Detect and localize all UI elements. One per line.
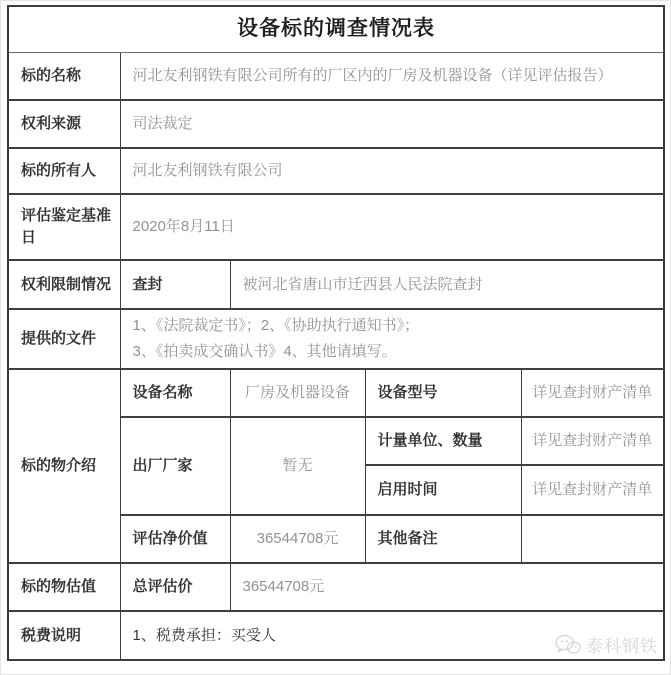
wechat-icon: [554, 634, 581, 655]
net-value-value: 36544708元: [230, 515, 365, 563]
unit-qty-label: 计量单位、数量: [365, 417, 521, 465]
right-source-value: 司法裁定: [120, 100, 664, 148]
other-notes-label: 其他备注: [365, 515, 521, 563]
subject-name-value: 河北友利钢铁有限公司所有的厂区内的厂房及机器设备（详见评估报告）: [120, 52, 664, 100]
base-date-value: 2020年8月11日: [120, 194, 664, 260]
start-time-label: 启用时间: [365, 465, 521, 515]
row-base-date: 评估鉴定基准日 2020年8月11日: [8, 194, 664, 260]
restriction-detail: 被河北省唐山市迁西县人民法院查封: [230, 260, 664, 309]
documents-value: 1、《法院裁定书》；2、《协助执行通知书》； 3、《拍卖成交确认书》4、其他请填…: [120, 309, 664, 369]
page-title: 设备标的调查情况表: [8, 6, 664, 52]
device-model-label: 设备型号: [365, 369, 521, 417]
restriction-label: 权利限制情况: [8, 260, 120, 309]
watermark: 泰科钢铁: [554, 632, 658, 657]
right-source-label: 权利来源: [8, 100, 120, 148]
subject-name-label: 标的名称: [8, 52, 120, 100]
base-date-label: 评估鉴定基准日: [8, 194, 120, 260]
restriction-status: 查封: [120, 260, 230, 309]
row-subject-name: 标的名称 河北友利钢铁有限公司所有的厂区内的厂房及机器设备（详见评估报告）: [8, 52, 664, 100]
device-name-value: 厂房及机器设备: [230, 369, 365, 417]
subject-intro-label: 标的物介绍: [8, 369, 120, 563]
row-restriction: 权利限制情况 查封 被河北省唐山市迁西县人民法院查封: [8, 260, 664, 309]
documents-line-1: 1、《法院裁定书》；2、《协助执行通知书》；: [133, 313, 652, 339]
valuation-total-value: 36544708元: [230, 563, 664, 611]
tax-note-label: 税费说明: [8, 611, 120, 660]
net-value-label: 评估净价值: [120, 515, 230, 563]
row-owner: 标的所有人 河北友利钢铁有限公司: [8, 148, 664, 194]
documents-line-2: 3、《拍卖成交确认书》4、其他请填写。: [133, 339, 652, 365]
unit-qty-value: 详见查封财产清单: [521, 417, 664, 465]
manufacturer-label: 出厂厂家: [120, 417, 230, 515]
row-device-name: 标的物介绍 设备名称 厂房及机器设备 设备型号 详见查封财产清单: [8, 369, 664, 417]
watermark-text: 泰科钢铁: [586, 632, 658, 657]
document-page: 设备标的调查情况表 标的名称 河北友利钢铁有限公司所有的厂区内的厂房及机器设备（…: [0, 0, 671, 675]
row-right-source: 权利来源 司法裁定: [8, 100, 664, 148]
manufacturer-value: 暂无: [230, 417, 365, 515]
owner-label: 标的所有人: [8, 148, 120, 194]
start-time-value: 详见查封财产清单: [521, 465, 664, 515]
survey-table: 设备标的调查情况表 标的名称 河北友利钢铁有限公司所有的厂区内的厂房及机器设备（…: [7, 5, 665, 661]
row-valuation: 标的物估值 总评估价 36544708元: [8, 563, 664, 611]
owner-value: 河北友利钢铁有限公司: [120, 148, 664, 194]
device-name-label: 设备名称: [120, 369, 230, 417]
title-row: 设备标的调查情况表: [8, 6, 664, 52]
valuation-label: 标的物估值: [8, 563, 120, 611]
row-documents: 提供的文件 1、《法院裁定书》；2、《协助执行通知书》； 3、《拍卖成交确认书》…: [8, 309, 664, 369]
other-notes-value: [521, 515, 664, 563]
valuation-total-label: 总评估价: [120, 563, 230, 611]
device-model-value: 详见查封财产清单: [521, 369, 664, 417]
documents-label: 提供的文件: [8, 309, 120, 369]
